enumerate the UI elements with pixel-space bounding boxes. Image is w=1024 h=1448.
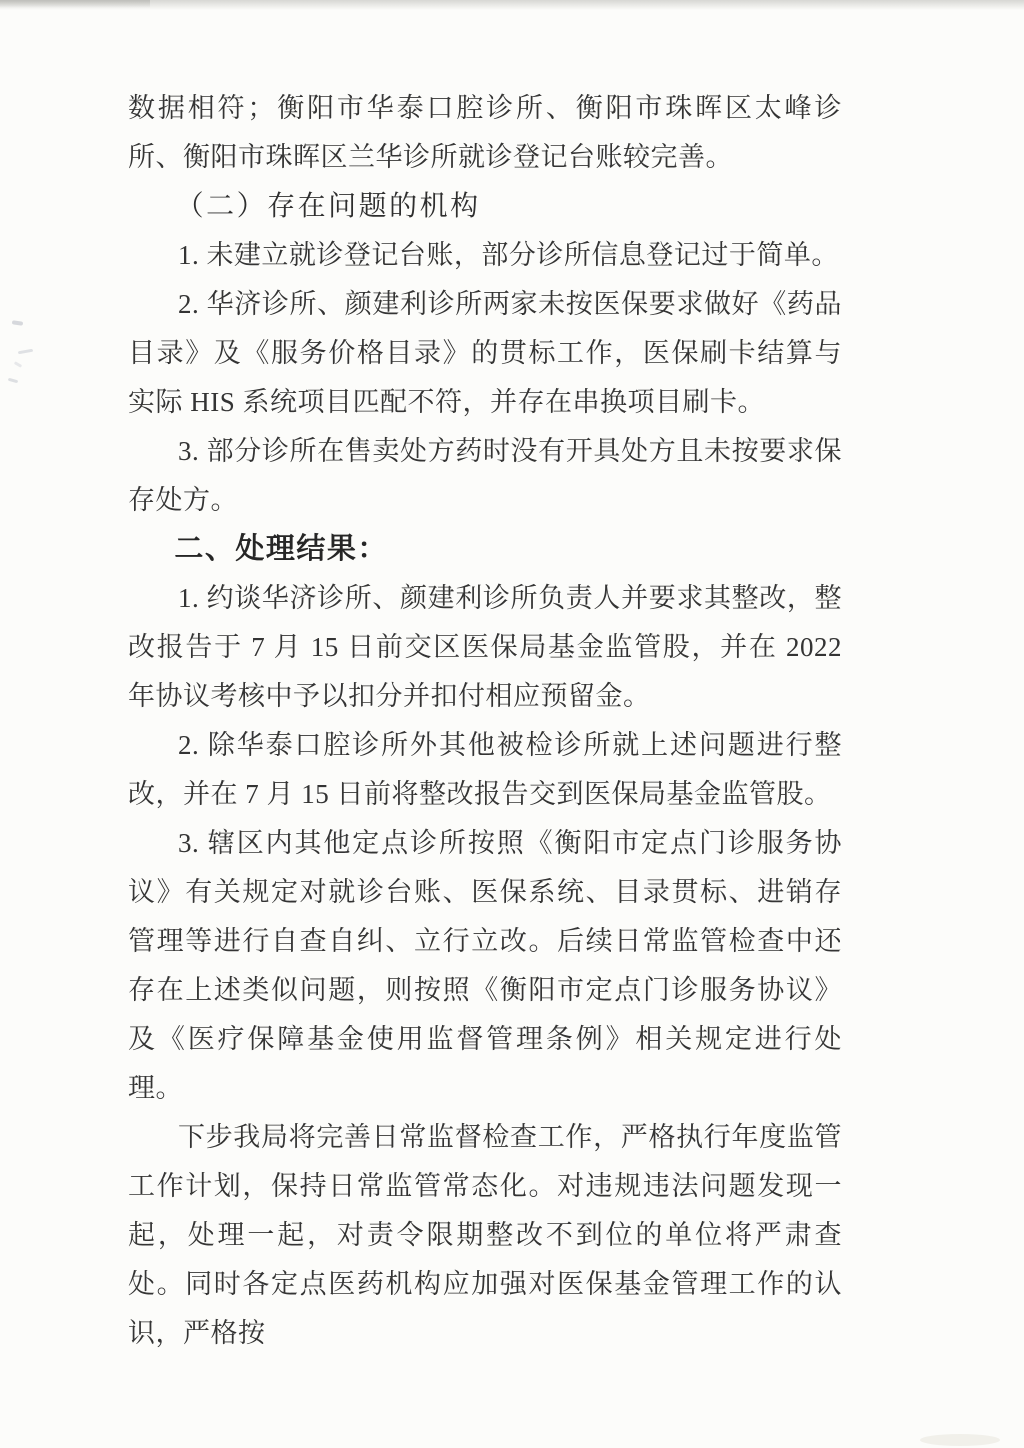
section-subheading: （二）存在问题的机构 — [128, 182, 842, 231]
scan-corner-shading — [0, 0, 150, 8]
scan-smudge — [12, 320, 23, 325]
scan-smudge — [920, 1434, 1000, 1446]
numbered-item: 3. 部分诊所在售卖处方药时没有开具处方且未按要求保存处方。 — [128, 427, 842, 525]
scan-smudge — [18, 349, 33, 355]
document-body: 数据相符；衡阳市华泰口腔诊所、衡阳市珠晖区太峰诊所、衡阳市珠晖区兰华诊所就诊登记… — [128, 84, 842, 1358]
numbered-item: 3. 辖区内其他定点诊所按照《衡阳市定点门诊服务协议》有关规定对就诊台账、医保系… — [128, 819, 842, 1113]
scan-smudge — [14, 361, 22, 368]
section-heading: 二、处理结果： — [128, 525, 842, 574]
scan-smudge — [8, 378, 18, 383]
numbered-item: 2. 华济诊所、颜建利诊所两家未按医保要求做好《药品目录》及《服务价格目录》的贯… — [128, 280, 842, 427]
closing-paragraph: 下步我局将完善日常监督检查工作，严格执行年度监管工作计划，保持日常监管常态化。对… — [128, 1113, 842, 1358]
scanned-document-page: 数据相符；衡阳市华泰口腔诊所、衡阳市珠晖区太峰诊所、衡阳市珠晖区兰华诊所就诊登记… — [0, 0, 1024, 1448]
paragraph-continuation: 数据相符；衡阳市华泰口腔诊所、衡阳市珠晖区太峰诊所、衡阳市珠晖区兰华诊所就诊登记… — [128, 84, 842, 182]
numbered-item: 1. 约谈华济诊所、颜建利诊所负责人并要求其整改，整改报告于 7 月 15 日前… — [128, 574, 842, 721]
numbered-item: 1. 未建立就诊登记台账，部分诊所信息登记过于简单。 — [128, 231, 842, 280]
scan-edge-shading — [0, 0, 1024, 10]
numbered-item: 2. 除华泰口腔诊所外其他被检诊所就上述问题进行整改，并在 7 月 15 日前将… — [128, 721, 842, 819]
